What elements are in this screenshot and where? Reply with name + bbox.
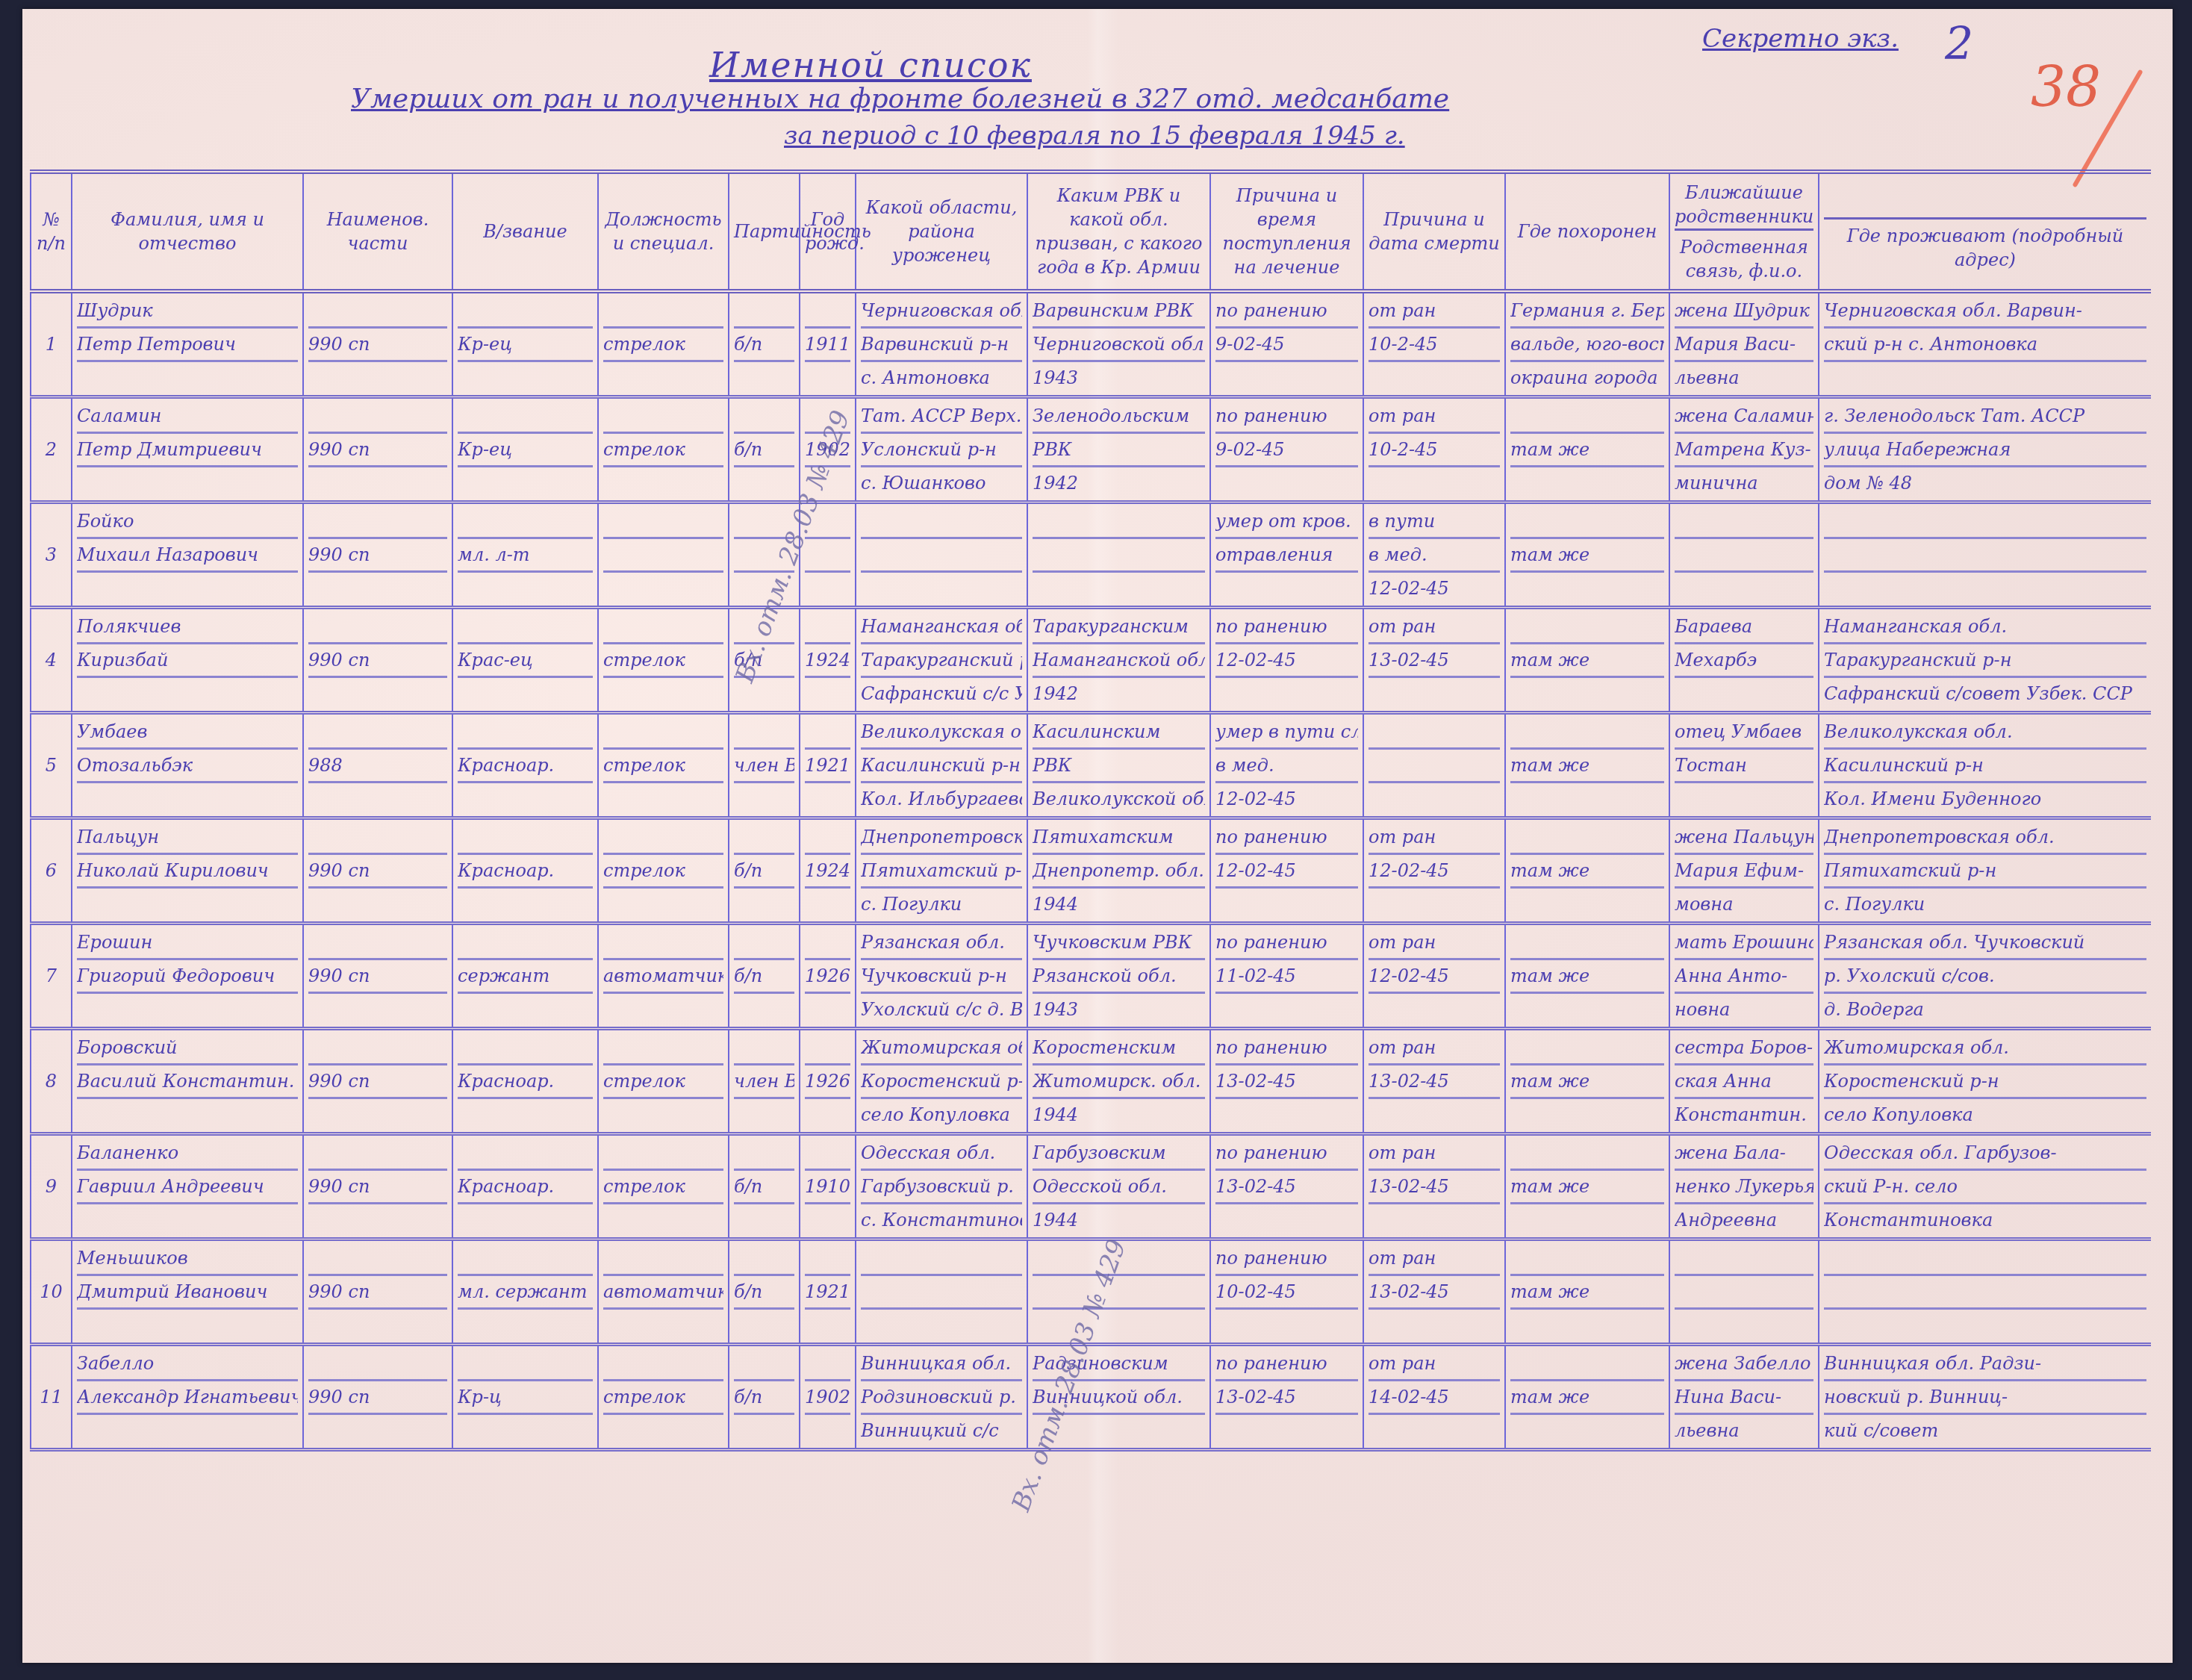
called-up: КасилинскимРВКВеликолукской обл. 1942	[1027, 713, 1210, 818]
table-row: 6ПальцунНиколай Кирилович990 спКрасноар.…	[31, 818, 2151, 924]
admission: по ранению13-02-45	[1210, 1134, 1363, 1239]
unit: 990 сп	[303, 924, 452, 1029]
unit: 990 сп	[303, 1134, 452, 1239]
burial-place: там же	[1505, 1239, 1669, 1345]
rank: сержант	[452, 924, 598, 1029]
relative-address	[1819, 503, 2151, 608]
party: б/п	[729, 818, 800, 924]
admission: по ранению13-02-45	[1210, 1029, 1363, 1134]
full-name: ЕрошинГригорий Федорович	[72, 924, 303, 1029]
death: от ран13-02-45	[1363, 1134, 1505, 1239]
origin: Одесская обл.Гарбузовский р.с. Константи…	[856, 1134, 1027, 1239]
death: от ран13-02-45	[1363, 1239, 1505, 1345]
relative-address: Наманганская обл.Таракурганский р-нСафра…	[1819, 608, 2151, 713]
called-up: ГарбузовскимОдесской обл.1944	[1027, 1134, 1210, 1239]
birth-year: 1924	[800, 608, 856, 713]
full-name: МеньшиковДмитрий Иванович	[72, 1239, 303, 1345]
rank: Красноар.	[452, 1029, 598, 1134]
death	[1363, 713, 1505, 818]
burial-place: там же	[1505, 818, 1669, 924]
unit: 990 сп	[303, 1345, 452, 1450]
called-up: ЗеленодольскимРВК1942	[1027, 397, 1210, 503]
relative-address: г. Зеленодольск Тат. АССРулица Набережна…	[1819, 397, 2151, 503]
party: член ВЛКСМ	[729, 713, 800, 818]
table-row: 11ЗабеллоАлександр Игнатьевич990 спКр-цс…	[31, 1345, 2151, 1450]
position: стрелок	[598, 1029, 729, 1134]
classification-mark: Секретно экз.	[1702, 24, 1899, 54]
column-header: Причина и время поступления на лечение	[1210, 172, 1363, 291]
called-up: КоростенскимЖитомирск. обл.1944	[1027, 1029, 1210, 1134]
table-row: 5УмбаевОтозальбэк988Красноар.стрелокчлен…	[31, 713, 2151, 818]
unit: 990 сп	[303, 1239, 452, 1345]
party: б/п	[729, 924, 800, 1029]
death: от ран10-2-45	[1363, 397, 1505, 503]
relative-address: Великолукская обл.Касилинский р-нКол. Им…	[1819, 713, 2151, 818]
admission: по ранению11-02-45	[1210, 924, 1363, 1029]
row-number: 2	[31, 397, 72, 503]
admission: по ранению12-02-45	[1210, 818, 1363, 924]
burial-place: там же	[1505, 713, 1669, 818]
birth-year: 1910	[800, 1134, 856, 1239]
casualty-table: № п/пФамилия, имя и отчествоНаименов. ча…	[30, 169, 2151, 1452]
position: стрелок	[598, 397, 729, 503]
position: стрелок	[598, 713, 729, 818]
relative-address: Житомирская обл.Коростенский р-нсело Коп…	[1819, 1029, 2151, 1134]
party: б/п	[729, 1134, 800, 1239]
admission: умер в пути следованияв мед.12-02-45	[1210, 713, 1363, 818]
death: от ран13-02-45	[1363, 608, 1505, 713]
relative-address: Черниговская обл. Варвин-ский р-н с. Ант…	[1819, 291, 2151, 397]
party: б/п	[729, 1239, 800, 1345]
death: от ран13-02-45	[1363, 1029, 1505, 1134]
row-number: 4	[31, 608, 72, 713]
relative: сестра Боров-ская АннаКонстантин.	[1669, 1029, 1819, 1134]
column-header: Где проживают (подробный адрес)	[1819, 172, 2151, 291]
position: стрелок	[598, 1345, 729, 1450]
origin: Великолукская обл.Касилинский р-нКол. Ил…	[856, 713, 1027, 818]
burial-place: там же	[1505, 397, 1669, 503]
row-number: 7	[31, 924, 72, 1029]
birth-year: 1926	[800, 1029, 856, 1134]
unit: 990 сп	[303, 818, 452, 924]
relative-address: Рязанская обл. Чучковскийр. Ухолский с/с…	[1819, 924, 2151, 1029]
column-header: Должность и специал.	[598, 172, 729, 291]
row-number: 10	[31, 1239, 72, 1345]
admission: по ранению9-02-45	[1210, 397, 1363, 503]
rank: Красноар.	[452, 1134, 598, 1239]
row-number: 1	[31, 291, 72, 397]
column-header: Какой области, района уроженец	[856, 172, 1027, 291]
table-row: 1ШудрикПетр Петрович990 спКр-ецстрелокб/…	[31, 291, 2151, 397]
full-name: БоровскийВасилий Константин.	[72, 1029, 303, 1134]
archive-mark: 38	[2031, 55, 2101, 119]
burial-place: там же	[1505, 608, 1669, 713]
party: б/п	[729, 1345, 800, 1450]
origin: Тат. АССР Верх.Услонский р-нс. Юшанково	[856, 397, 1027, 503]
relative: жена Бала-ненко ЛукерьяАндреевна	[1669, 1134, 1819, 1239]
origin	[856, 1239, 1027, 1345]
relative: жена ШудрикМария Васи-льевна	[1669, 291, 1819, 397]
burial-place: Германия г. Бер-вальде, юго-вост.окраина…	[1505, 291, 1669, 397]
full-name: ЗабеллоАлександр Игнатьевич	[72, 1345, 303, 1450]
death: от ран12-02-45	[1363, 924, 1505, 1029]
row-number: 9	[31, 1134, 72, 1239]
full-name: ПолякчиевКиризбай	[72, 608, 303, 713]
birth-year: 1921	[800, 1239, 856, 1345]
column-header: Причина и дата смерти	[1363, 172, 1505, 291]
relative-address: Днепропетровская обл.Пятихатский р-нс. П…	[1819, 818, 2151, 924]
relative: отец УмбаевТостан	[1669, 713, 1819, 818]
row-number: 3	[31, 503, 72, 608]
relatives-group-header	[1824, 192, 2146, 220]
origin: Днепропетровская обл.Пятихатский р-нс. П…	[856, 818, 1027, 924]
called-up: ТаракурганскимНаманганской обл.1942	[1027, 608, 1210, 713]
birth-year: 1921	[800, 713, 856, 818]
position	[598, 503, 729, 608]
full-name: БаланенкоГавриил Андреевич	[72, 1134, 303, 1239]
origin: Черниговская обл.Варвинский р-нс. Антоно…	[856, 291, 1027, 397]
full-name: СаламинПетр Дмитриевич	[72, 397, 303, 503]
table-row: 2СаламинПетр Дмитриевич990 спКр-ецстрело…	[31, 397, 2151, 503]
relative: жена ПальцунМария Ефим-мовна	[1669, 818, 1819, 924]
column-header: Фамилия, имя и отчество	[72, 172, 303, 291]
column-header: В/звание	[452, 172, 598, 291]
unit: 990 сп	[303, 1029, 452, 1134]
admission: по ранению12-02-45	[1210, 608, 1363, 713]
column-header: Каким РВК и какой обл. призван, с какого…	[1027, 172, 1210, 291]
relative: БараеваМехарбэ	[1669, 608, 1819, 713]
admission: по ранению9-02-45	[1210, 291, 1363, 397]
relative-address: Одесская обл. Гарбузов-ский Р-н. селоКон…	[1819, 1134, 2151, 1239]
rank: Крас-ец	[452, 608, 598, 713]
birth-year: 1924	[800, 818, 856, 924]
unit: 990 сп	[303, 397, 452, 503]
position: стрелок	[598, 608, 729, 713]
birth-year: 1911	[800, 291, 856, 397]
unit: 990 сп	[303, 291, 452, 397]
position: стрелок	[598, 291, 729, 397]
origin: Рязанская обл.Чучковский р-нУхолский с/с…	[856, 924, 1027, 1029]
row-number: 6	[31, 818, 72, 924]
relative: жена СаламинаМатрена Куз-минична	[1669, 397, 1819, 503]
full-name: ПальцунНиколай Кирилович	[72, 818, 303, 924]
rank: Красноар.	[452, 818, 598, 924]
table-row: 4ПолякчиевКиризбай990 спКрас-ецстрелокб/…	[31, 608, 2151, 713]
called-up: Варвинским РВКЧерниговской обл.1943	[1027, 291, 1210, 397]
column-header: Где похоронен	[1505, 172, 1669, 291]
death: от ран12-02-45	[1363, 818, 1505, 924]
full-name: УмбаевОтозальбэк	[72, 713, 303, 818]
burial-place: там же	[1505, 924, 1669, 1029]
position: автоматчик	[598, 924, 729, 1029]
table-row: 8БоровскийВасилий Константин.990 спКрасн…	[31, 1029, 2151, 1134]
admission: умер от кров.отравления	[1210, 503, 1363, 608]
unit: 990 сп	[303, 503, 452, 608]
page-number: 2	[1945, 18, 1973, 70]
origin: Житомирская обл.Коростенский р-нсело Коп…	[856, 1029, 1027, 1134]
relative: мать ЕрошинаАнна Анто-новна	[1669, 924, 1819, 1029]
rank: мл. л-т	[452, 503, 598, 608]
table-row: 3БойкоМихаил Назарович990 спмл. л-тумер …	[31, 503, 2151, 608]
origin	[856, 503, 1027, 608]
document-sheet: Именной список Умерших от ран и полученн…	[22, 9, 2173, 1663]
column-header: Партийность	[729, 172, 800, 291]
called-up	[1027, 503, 1210, 608]
relative	[1669, 503, 1819, 608]
position: автоматчик	[598, 1239, 729, 1345]
death: от ран10-2-45	[1363, 291, 1505, 397]
document-subtitle: Умерших от ран и полученных на фронте бо…	[351, 84, 1449, 114]
burial-place: там же	[1505, 503, 1669, 608]
party: член ВЛКСМ	[729, 1029, 800, 1134]
document-title: Именной список	[709, 45, 1032, 85]
column-header: Ближайшие родственникиРодственная связь,…	[1669, 172, 1819, 291]
full-name: БойкоМихаил Назарович	[72, 503, 303, 608]
origin: Наманганская обл.Таракурганский р-нСафра…	[856, 608, 1027, 713]
death: в путив мед.12-02-45	[1363, 503, 1505, 608]
unit: 988	[303, 713, 452, 818]
rank: Кр-ц	[452, 1345, 598, 1450]
burial-place: там же	[1505, 1134, 1669, 1239]
column-header: № п/п	[31, 172, 72, 291]
relative-address: Винницкая обл. Радзи-новский р. Винниц-к…	[1819, 1345, 2151, 1450]
relative: жена ЗабеллоНина Васи-льевна	[1669, 1345, 1819, 1450]
called-up: Чучковским РВКРязанской обл.1943	[1027, 924, 1210, 1029]
table-row: 7ЕрошинГригорий Федорович990 спсержантав…	[31, 924, 2151, 1029]
birth-year: 1902	[800, 1345, 856, 1450]
relative	[1669, 1239, 1819, 1345]
called-up: ПятихатскимДнепропетр. обл.1944	[1027, 818, 1210, 924]
table-header-row: № п/пФамилия, имя и отчествоНаименов. ча…	[31, 172, 2151, 291]
burial-place: там же	[1505, 1029, 1669, 1134]
admission: по ранению10-02-45	[1210, 1239, 1363, 1345]
party: б/п	[729, 397, 800, 503]
column-header: Наименов. части	[303, 172, 452, 291]
column-header: Год рожд.	[800, 172, 856, 291]
relative-address	[1819, 1239, 2151, 1345]
party: б/п	[729, 291, 800, 397]
rank: мл. сержант	[452, 1239, 598, 1345]
admission: по ранению13-02-45	[1210, 1345, 1363, 1450]
death: от ран14-02-45	[1363, 1345, 1505, 1450]
row-number: 8	[31, 1029, 72, 1134]
unit: 990 сп	[303, 608, 452, 713]
rank: Кр-ец	[452, 397, 598, 503]
document-period: за период с 10 февраля по 15 февраля 194…	[784, 121, 1405, 151]
burial-place: там же	[1505, 1345, 1669, 1450]
birth-year: 1926	[800, 924, 856, 1029]
relatives-group-header: Ближайшие родственники	[1675, 181, 1813, 231]
position: стрелок	[598, 818, 729, 924]
rank: Кр-ец	[452, 291, 598, 397]
origin: Винницкая обл.Родзиновский р.Винницкий с…	[856, 1345, 1027, 1450]
full-name: ШудрикПетр Петрович	[72, 291, 303, 397]
row-number: 5	[31, 713, 72, 818]
position: стрелок	[598, 1134, 729, 1239]
table-row: 9БаланенкоГавриил Андреевич990 спКрасноа…	[31, 1134, 2151, 1239]
row-number: 11	[31, 1345, 72, 1450]
rank: Красноар.	[452, 713, 598, 818]
